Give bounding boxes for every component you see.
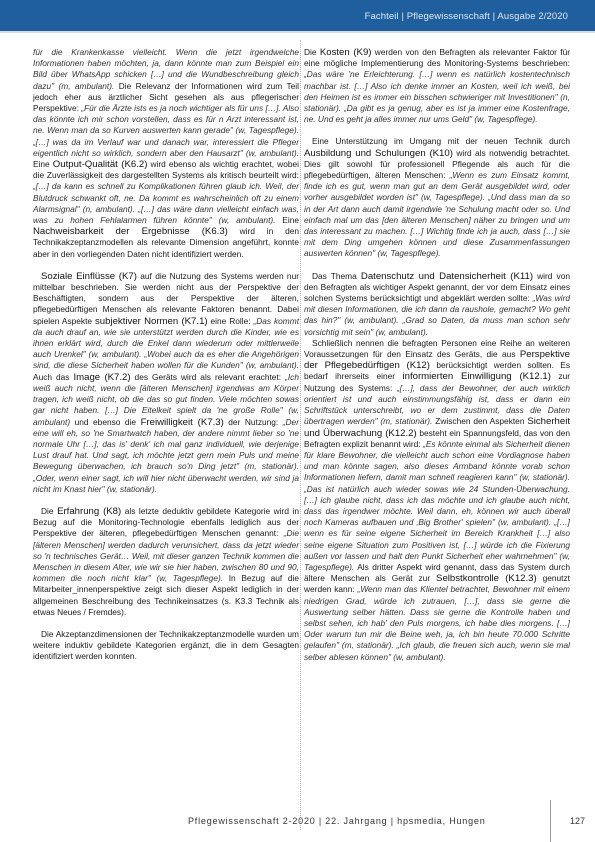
text: Die [41,506,57,516]
category-keyword: Kosten (K9) [320,47,372,58]
quote: „Wenn man das Klientel betrachtet, Bewoh… [304,584,570,661]
category-keyword: Ausbildung und Schulungen (K10) [304,148,453,159]
quote: „Das wäre 'ne Erleichterung. […] wenn es… [304,69,570,124]
category-keyword: Image (K7.2) [73,372,130,383]
category-keyword: Erfahrung (K8) [57,506,121,517]
category-keyword: Selbstkontrolle (K12.3) [436,573,537,584]
running-title: Fachteil | Pflegewissenschaft | Ausgabe … [365,11,568,22]
quote: „Wenn es zum Einsatz kommt, finde ich es… [304,170,570,258]
right-column: Die Kosten (K9) werden von den Befragten… [304,47,570,663]
category-keyword: subjektiver Normen (K7.1) [95,316,208,327]
text: der Nutzung: [224,417,283,427]
text: Das Thema [312,271,361,281]
paragraph: Die Erfahrung (K8) als letzte deduktiv g… [33,506,299,618]
category-keyword: informierten Einwilligung (K12.1) [403,371,551,382]
header-bar: Fachteil | Pflegewissenschaft | Ausgabe … [0,0,595,33]
text: Eine [276,215,300,225]
category-keyword: Nachweisbarkeit der Ergebnisse (K6.3) [33,226,228,237]
paragraph: Das Thema Datenschutz und Datensicherhei… [304,271,570,338]
paragraph: Schließlich nennen die befragten Persone… [304,338,570,663]
text: des Geräts wird als relevant erachtet: [131,372,286,382]
text: Eine [33,159,53,169]
column-gutter [300,40,303,830]
quote: „[…] da kann es schnell zu Komplikatione… [33,181,299,225]
category-keyword: Freiwilligkeit (K7.3) [141,417,224,428]
paragraph: für die Krankenkasse vielleicht. Wenn di… [33,47,299,260]
footer-divider [550,800,551,842]
text: und ebenso die [70,417,140,427]
paragraph: Die Kosten (K9) werden von den Befragten… [304,47,570,125]
footer-journal-line: Pflegewissenschaft 2-2020 | 22. Jahrgang… [188,816,486,826]
text: Zwischen den Aspekten [432,416,527,426]
paragraph: Die Akzeptanzdimensionen der Technikakze… [33,629,299,663]
paragraph: Soziale Einflüsse (K7) auf die Nutzung d… [33,271,299,495]
text: Die Akzeptanzdimensionen der Technikakze… [33,629,299,661]
quote: „Der eine will eh, so 'ne Smartwatch hab… [33,417,299,494]
category-keyword: Datenschutz und Datensicherheit (K11) [361,271,533,282]
text: Auch das [33,372,73,382]
text: eine Rolle: [208,316,254,326]
text: Die [304,47,320,57]
paragraph: Eine Unterstützung im Umgang mit der neu… [304,136,570,259]
category-keyword: Soziale Einflüsse (K7) [41,271,137,282]
category-keyword: Output-Qualität (K6.2) [53,159,148,170]
quote: „Es könnte einmal als Sicherheit dienen … [304,439,570,572]
page-number: 127 [570,816,585,826]
left-column: für die Krankenkasse vielleicht. Wenn di… [33,47,299,663]
text: Eine Unterstützung im Umgang mit der neu… [312,136,570,146]
